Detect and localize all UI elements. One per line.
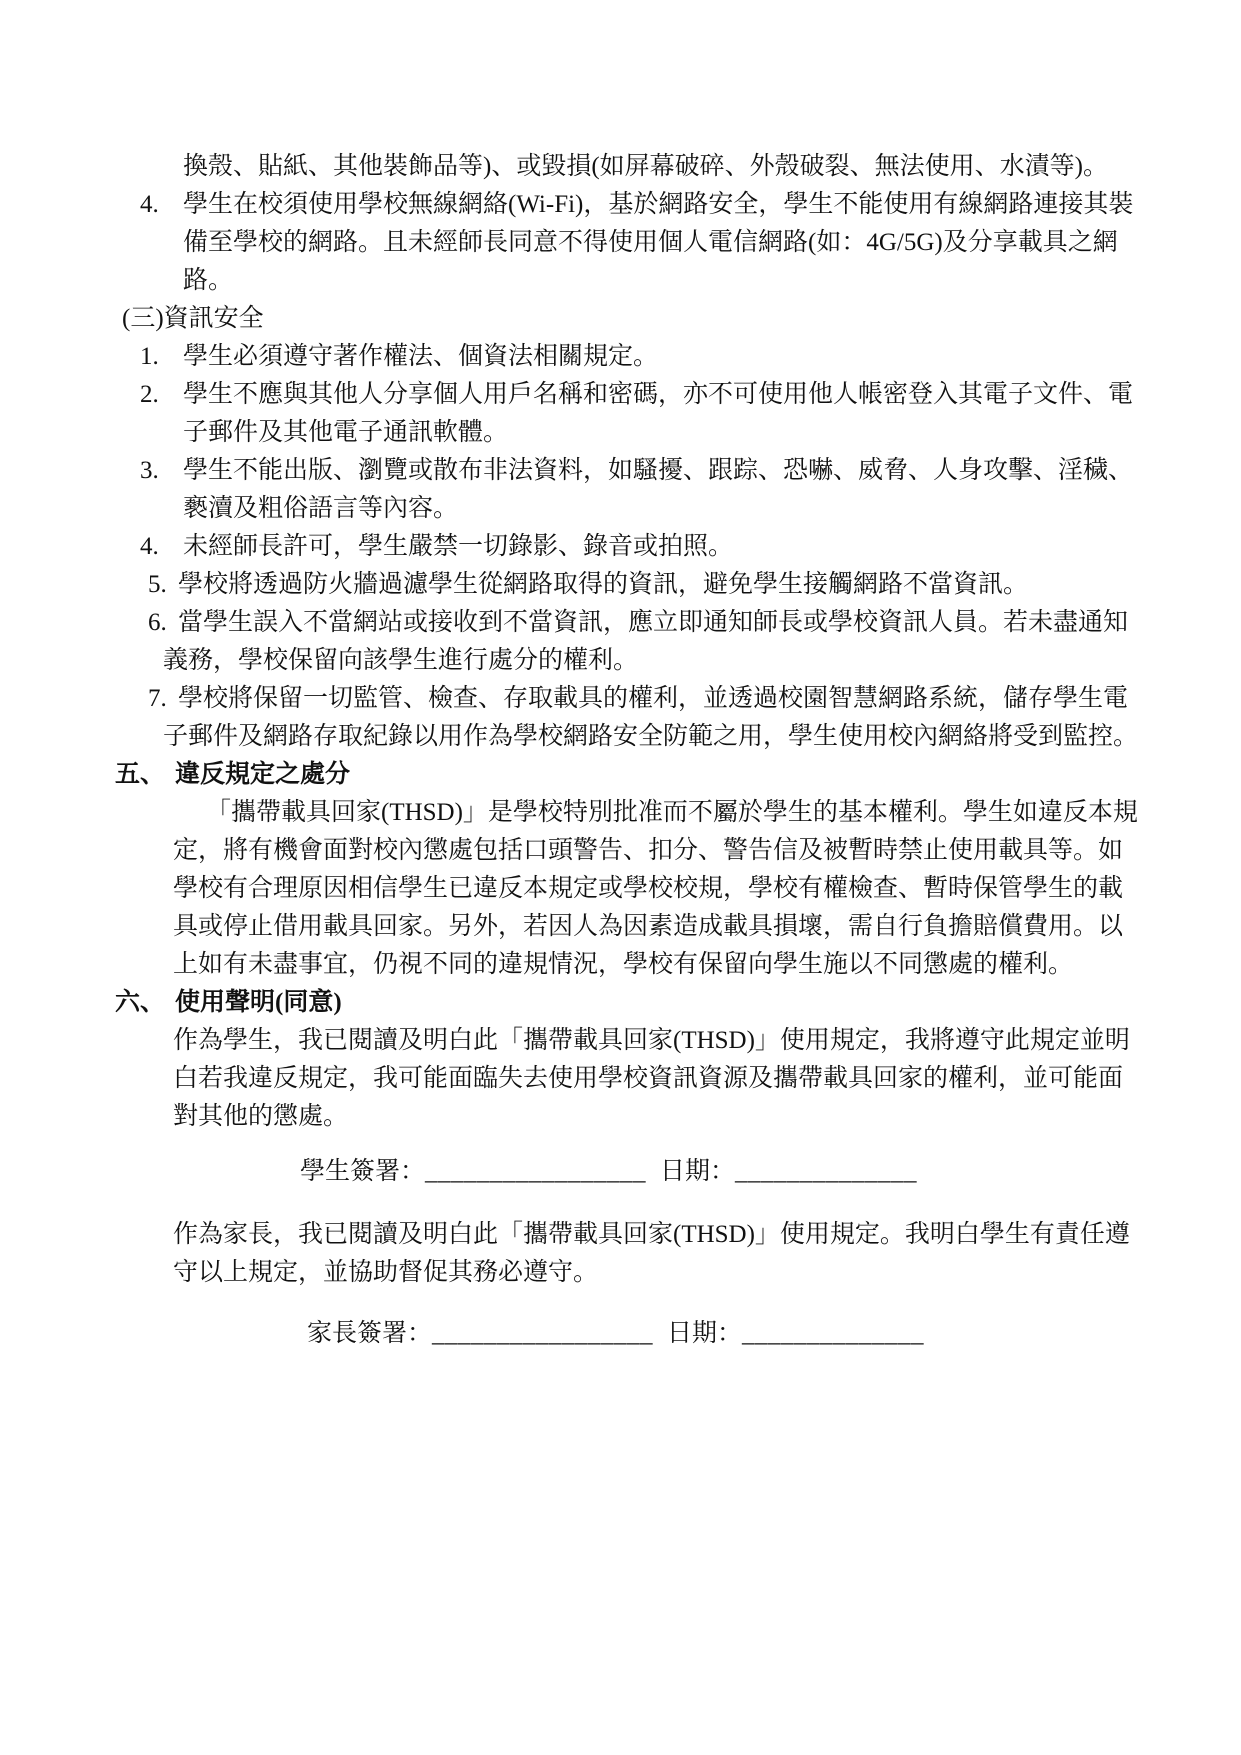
section-number: 六、 — [115, 984, 175, 1022]
list-item-text: 學校將透過防火牆過濾學生從網路取得的資訊，避免學生接觸網路不當資訊。 — [178, 571, 1028, 598]
list-item-text: 學生不應與其他人分享個人用戶名稱和密碼，亦不可使用他人帳密登入其電子文件、電子郵… — [183, 381, 1133, 446]
list-item-number: 4. — [140, 528, 183, 566]
subsection-heading-info-security: (三)資訊安全 — [122, 300, 1140, 338]
student-date-blank-line: ______________ — [735, 1158, 917, 1185]
list-item-number: 6. — [148, 604, 178, 642]
section-title: 使用聲明(同意) — [175, 989, 342, 1016]
parent-date-blank-line: ______________ — [742, 1320, 924, 1347]
list-item-security-4: 4.未經師長許可，學生嚴禁一切錄影、錄音或拍照。 — [183, 528, 1140, 566]
student-signature-row: 學生簽署：_________________日期：______________ — [300, 1153, 1241, 1191]
list-item-number: 3. — [140, 452, 183, 490]
list-item-security-6: 6.當學生誤入不當網站或接收到不當資訊，應立即通知師長或學校資訊人員。若未盡通知… — [163, 604, 1140, 680]
list-item-security-7: 7.學校將保留一切監管、檢查、存取載具的權利，並透過校園智慧網路系統，儲存學生電… — [163, 680, 1140, 756]
section-title: 違反規定之處分 — [175, 761, 350, 788]
list-item-security-2: 2.學生不應與其他人分享個人用戶名稱和密碼，亦不可使用他人帳密登入其電子文件、電… — [183, 376, 1140, 452]
parent-signature-label: 家長簽署： — [307, 1320, 432, 1347]
list-item-security-1: 1.學生必須遵守著作權法、個資法相關規定。 — [183, 338, 1140, 376]
student-signature-label: 學生簽署： — [300, 1158, 425, 1185]
list-item-network-rule: 4.學生在校須使用學校無線網絡(Wi-Fi)，基於網路安全，學生不能使用有線網路… — [183, 186, 1140, 300]
list-item-number: 5. — [148, 566, 178, 604]
prev-item-continuation-line: 換殼、貼紙、其他裝飾品等)、或毀損(如屏幕破碎、外殼破裂、無法使用、水漬等)。 — [183, 148, 1140, 186]
list-item-text: 未經師長許可，學生嚴禁一切錄影、錄音或拍照。 — [183, 533, 733, 560]
parent-date-label: 日期： — [667, 1320, 742, 1347]
list-item-text: 學生在校須使用學校無線網絡(Wi-Fi)，基於網路安全，學生不能使用有線網路連接… — [183, 191, 1133, 294]
list-item-security-5: 5.學校將透過防火牆過濾學生從網路取得的資訊，避免學生接觸網路不當資訊。 — [163, 566, 1140, 604]
student-declaration-paragraph: 作為學生，我已閱讀及明白此「攜帶載具回家(THSD)」使用規定，我將遵守此規定並… — [173, 1022, 1140, 1136]
list-item-text: 學校將保留一切監管、檢查、存取載具的權利，並透過校園智慧網路系統，儲存學生電子郵… — [163, 685, 1138, 750]
document-page: 換殼、貼紙、其他裝飾品等)、或毀損(如屏幕破碎、外殼破裂、無法使用、水漬等)。 … — [0, 0, 1241, 1755]
student-date-label: 日期： — [660, 1158, 735, 1185]
student-signature-blank-line: _________________ — [425, 1158, 646, 1185]
parent-signature-blank-line: _________________ — [432, 1320, 653, 1347]
list-item-security-3: 3.學生不能出版、瀏覽或散布非法資料，如騷擾、跟踪、恐嚇、威脅、人身攻擊、淫穢、… — [183, 452, 1140, 528]
list-item-number: 2. — [140, 376, 183, 414]
list-item-number: 7. — [148, 680, 178, 718]
list-item-text: 學生必須遵守著作權法、個資法相關規定。 — [183, 343, 658, 370]
parent-declaration-paragraph: 作為家長，我已閱讀及明白此「攜帶載具回家(THSD)」使用規定。我明白學生有責任… — [173, 1216, 1140, 1292]
list-item-number: 1. — [140, 338, 183, 376]
section-header-penalties: 五、違反規定之處分 — [115, 756, 1140, 794]
list-item-text: 當學生誤入不當網站或接收到不當資訊，應立即通知師長或學校資訊人員。若未盡通知義務… — [163, 609, 1128, 674]
section-header-declaration: 六、使用聲明(同意) — [115, 984, 1140, 1022]
list-item-number: 4. — [140, 186, 183, 224]
section-number: 五、 — [115, 756, 175, 794]
list-item-text: 學生不能出版、瀏覽或散布非法資料，如騷擾、跟踪、恐嚇、威脅、人身攻擊、淫穢、褻瀆… — [183, 457, 1133, 522]
document-body: 換殼、貼紙、其他裝飾品等)、或毀損(如屏幕破碎、外殼破裂、無法使用、水漬等)。 … — [0, 148, 1241, 1353]
parent-signature-row: 家長簽署：_________________日期：______________ — [307, 1315, 1241, 1353]
penalties-paragraph: 「攜帶載具回家(THSD)」是學校特別批准而不屬於學生的基本權利。學生如違反本規… — [173, 794, 1140, 984]
